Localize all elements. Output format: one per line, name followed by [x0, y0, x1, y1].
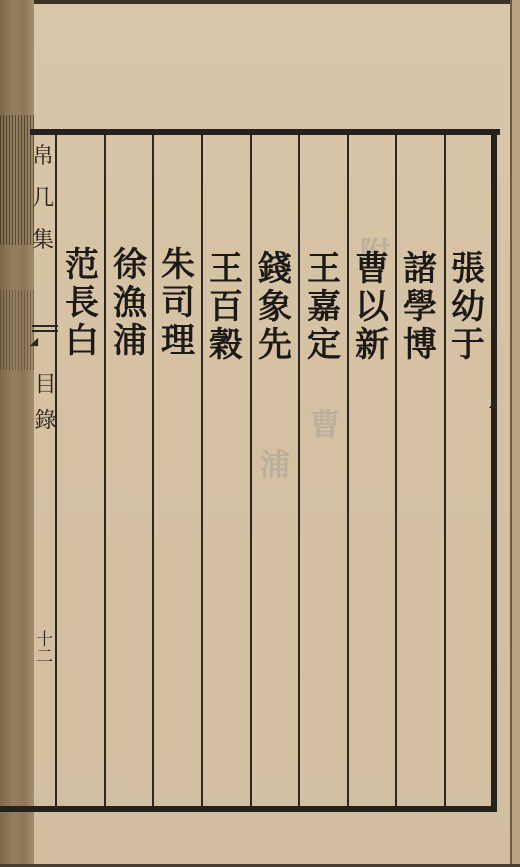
- column-rule: [152, 135, 154, 806]
- column-rule: [55, 135, 57, 806]
- frame-top-border: [30, 129, 500, 135]
- top-edge-shadow: [0, 0, 520, 4]
- toc-entry: 范 長 白: [62, 246, 102, 360]
- toc-entry: 徐 漁 浦: [110, 246, 150, 360]
- toc-entry: 王 百 穀: [206, 250, 246, 364]
- toc-entry: 朱 司 理: [158, 246, 198, 360]
- section-label: 目錄: [31, 372, 55, 444]
- frame-bottom-border: [0, 806, 495, 812]
- bleed-through-glyph: 曹: [310, 400, 340, 444]
- bleed-through-glyph: 浦: [260, 440, 290, 484]
- spine-stain: [0, 115, 34, 245]
- page-number: 十二: [30, 630, 54, 664]
- frame-right-border: [491, 129, 497, 812]
- column-rule: [347, 135, 349, 806]
- toc-entry: 張 幼 于: [448, 250, 488, 364]
- column-rule: [104, 135, 106, 806]
- fishtail-mark: [489, 398, 497, 408]
- book-title: 帛 几 集: [31, 136, 55, 262]
- column-rule: [395, 135, 397, 806]
- column-rule: [250, 135, 252, 806]
- right-page-edge: [510, 0, 520, 867]
- toc-entry: 諸 學 博: [400, 250, 440, 364]
- toc-entry: 王 嘉 定: [304, 250, 344, 364]
- toc-entry: 曹 以 新: [352, 250, 392, 364]
- column-rule: [444, 135, 446, 806]
- toc-entry: 錢 象 先: [255, 250, 295, 364]
- book-page: 附 曹 浦 帛 几 集 目錄 十二 張 幼 于 諸 學 博 曹 以 新: [0, 0, 520, 867]
- column-rule: [201, 135, 203, 806]
- banxin-separator: [32, 325, 58, 332]
- column-rule: [298, 135, 300, 806]
- spine-stain: [0, 290, 34, 370]
